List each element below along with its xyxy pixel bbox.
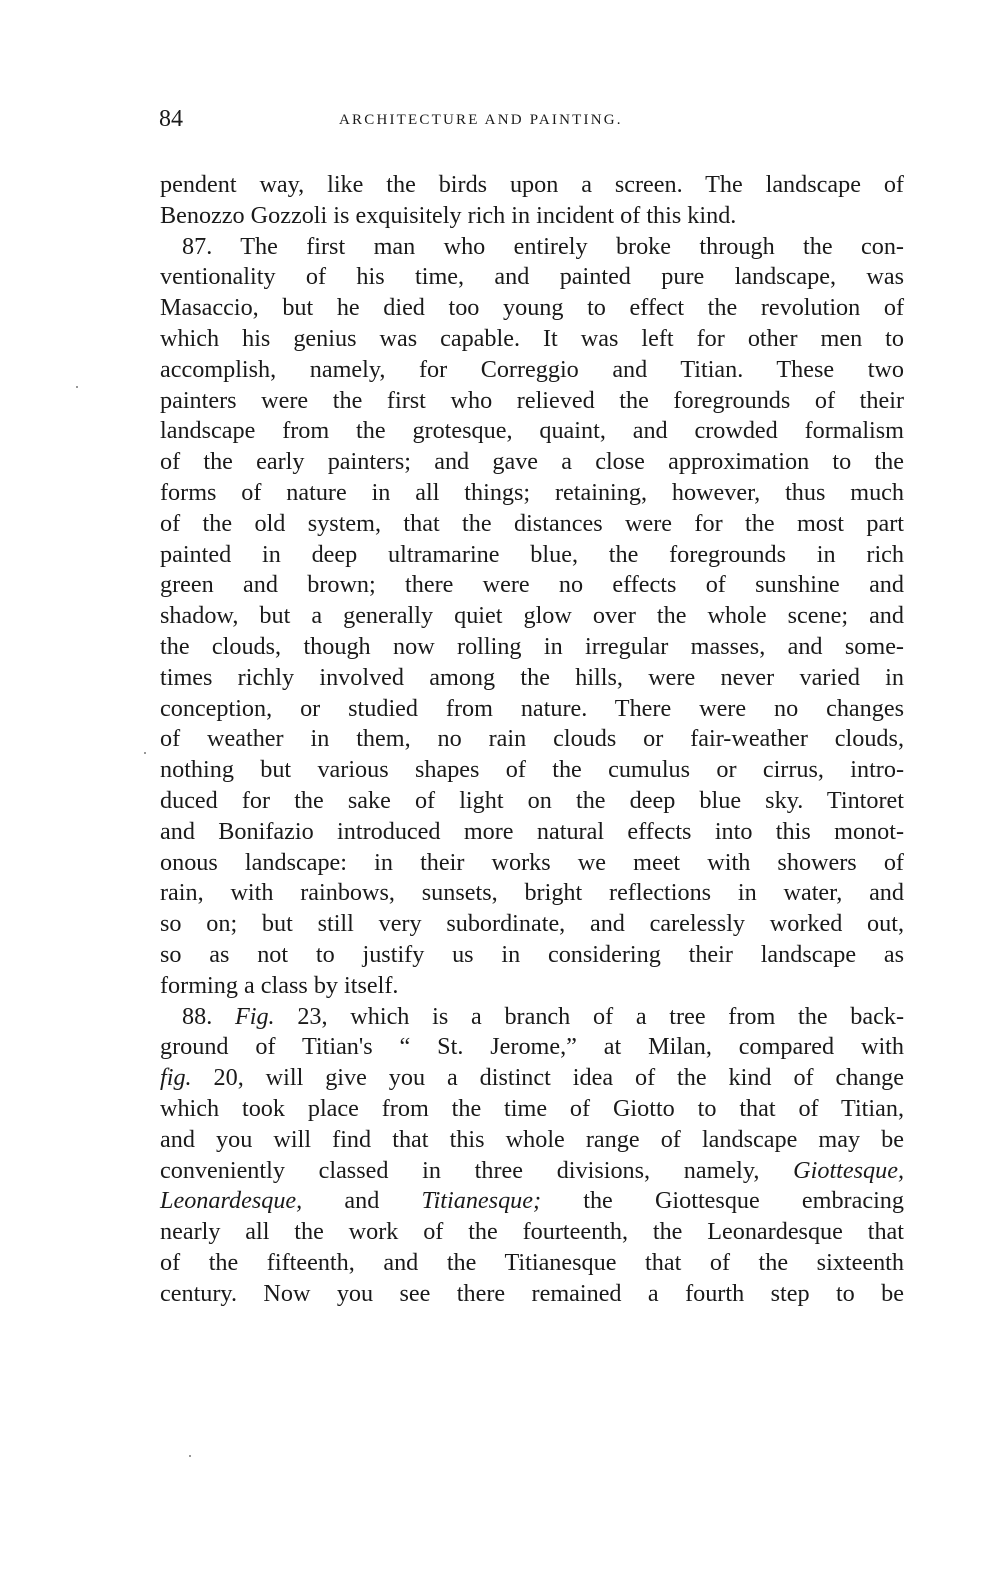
text-line: landscape from the grotesque, quaint, an… [160,416,904,447]
text-line: ventionality of his time, and painted pu… [160,262,904,293]
body-text: pendent way, like the birds upon a scree… [160,170,904,1309]
text-line: century. Now you see there remained a fo… [160,1279,904,1310]
text-line: painted in deep ultramarine blue, the fo… [160,540,904,571]
paragraph-88: 88. Fig. 23, which is a branch of a tree… [160,1002,904,1310]
page-number: 84 [159,104,183,134]
text-line: ground of Titian's “ St. Jerome,” at Mil… [160,1032,904,1063]
text-line: of weather in them, no rain clouds or fa… [160,724,904,755]
scan-speck [189,1455,191,1457]
fig-reference: fig. [160,1064,192,1091]
paragraph-86-87: pendent way, like the birds upon a scree… [160,170,904,1002]
text-line: accomplish, namely, for Correggio and Ti… [160,355,904,386]
text-line: forms of nature in all things; retaining… [160,478,904,509]
text-line: conveniently classed in three divisions,… [160,1156,904,1187]
book-page: 84 ARCHITECTURE AND PAINTING. pendent wa… [0,0,1000,1588]
text-line: shadow, but a generally quiet glow over … [160,601,904,632]
text-line: duced for the sake of light on the deep … [160,786,904,817]
text-line: green and brown; there were no effects o… [160,570,904,601]
text-line: Benozzo Gozzoli is exquisitely rich in i… [160,201,904,232]
running-head: 84 ARCHITECTURE AND PAINTING. [159,104,909,134]
text-line: nothing but various shapes of the cumulu… [160,755,904,786]
text-line: of the early painters; and gave a close … [160,447,904,478]
text-line: fig. 20, will give you a distinct idea o… [160,1063,904,1094]
text-line: of the old system, that the distances we… [160,509,904,540]
text-line: Leonardesque, and Titianesque; the Giott… [160,1186,904,1217]
text-line: of the fifteenth, and the Titianesque th… [160,1248,904,1279]
text-line: and Bonifazio introduced more natural ef… [160,817,904,848]
term-leonardesque: Leonardesque, [160,1187,302,1214]
term-titianesque: Titianesque; [421,1187,541,1214]
text-line: times richly involved among the hills, w… [160,663,904,694]
scan-speck [76,386,78,388]
text-line: 88. Fig. 23, which is a branch of a tree… [160,1002,904,1033]
fig-reference: Fig. [235,1003,275,1030]
text-line: so as not to justify us in considering t… [160,940,904,971]
text-line: which his genius was capable. It was lef… [160,324,904,355]
running-title: ARCHITECTURE AND PAINTING. [339,108,623,132]
text-line: so on; but still very subordinate, and c… [160,909,904,940]
text-line: 87. The first man who entirely broke thr… [160,232,904,263]
text-line: which took place from the time of Giotto… [160,1094,904,1125]
text-line: pendent way, like the birds upon a scree… [160,170,904,201]
text-line: onous landscape: in their works we meet … [160,848,904,879]
text-line: and you will find that this whole range … [160,1125,904,1156]
text-line: nearly all the work of the fourteenth, t… [160,1217,904,1248]
term-giottesque: Giottesque, [793,1157,904,1184]
text-line: painters were the first who relieved the… [160,386,904,417]
text-line: forming a class by itself. [160,971,904,1002]
text-line: conception, or studied from nature. Ther… [160,694,904,725]
scan-speck [144,752,146,754]
text-line: rain, with rainbows, sunsets, bright ref… [160,878,904,909]
text-line: the clouds, though now rolling in irregu… [160,632,904,663]
text-line: Masaccio, but he died too young to effec… [160,293,904,324]
